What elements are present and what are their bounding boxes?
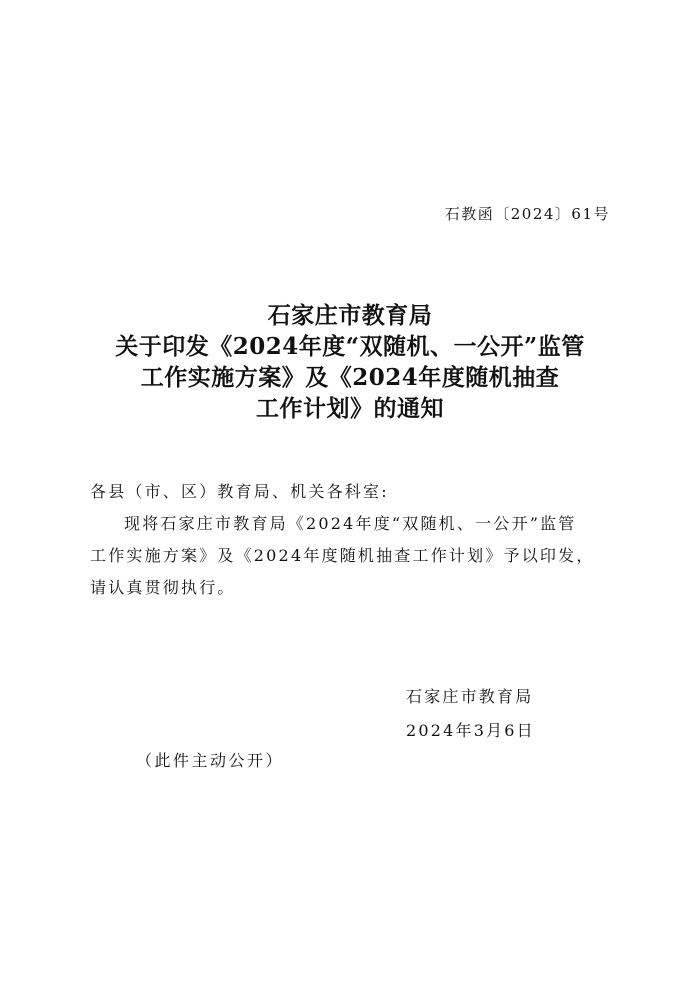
document-title: 石家庄市教育局 关于印发《2024年度“双随机、一公开”监管 工作实施方案》及《… bbox=[70, 300, 630, 424]
title-line-4: 工作计划》的通知 bbox=[70, 393, 630, 424]
document-body: 各县（市、区）教育局、机关各科室: 现将石家庄市教育局《2024年度“双随机、一… bbox=[90, 476, 610, 604]
body-line-1: 现将石家庄市教育局《2024年度“双随机、一公开”监管 bbox=[90, 508, 610, 540]
document-number: 石教函〔2024〕61号 bbox=[445, 203, 610, 224]
disclosure-note: （此件主动公开） bbox=[136, 748, 284, 771]
title-line-issuer: 石家庄市教育局 bbox=[70, 300, 630, 331]
signature-block: 石家庄市教育局 2024年3月6日 bbox=[406, 680, 535, 748]
body-line-2: 工作实施方案》及《2024年度随机抽查工作计划》予以印发， bbox=[90, 540, 610, 572]
title-line-3: 工作实施方案》及《2024年度随机抽查 bbox=[70, 362, 630, 393]
salutation: 各县（市、区）教育局、机关各科室: bbox=[90, 476, 610, 508]
signature-issuer: 石家庄市教育局 bbox=[406, 680, 535, 714]
title-line-2: 关于印发《2024年度“双随机、一公开”监管 bbox=[70, 331, 630, 362]
body-line-3: 请认真贯彻执行。 bbox=[90, 572, 610, 604]
signature-date: 2024年3月6日 bbox=[406, 714, 535, 748]
